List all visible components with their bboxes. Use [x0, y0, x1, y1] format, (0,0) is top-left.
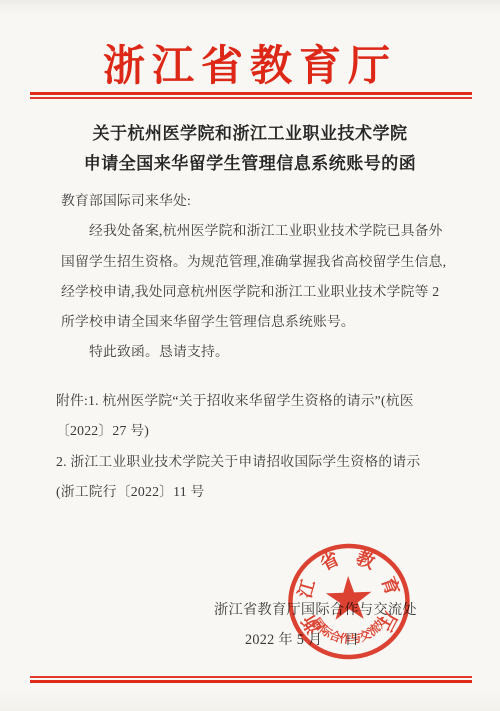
- document-title: 关于杭州医学院和浙江工业职业技术学院 申请全国来华留学生管理信息系统账号的函: [0, 119, 500, 179]
- seal-bottom-text: 国 际 合 作 与 交 流 处: [309, 612, 391, 648]
- seal-char: 江: [295, 576, 319, 600]
- official-seal: 浙 江 省 教 育 厅 国 际 合 作 与 交 流 处: [284, 541, 414, 664]
- body-line: 教育部国际司来华处:: [61, 186, 452, 216]
- body-line: 国留学生招生资格。为规范管理,准确掌握我省高校留学生信息,: [61, 247, 452, 277]
- attachment-line: 2. 浙江工业职业技术学院关于申请招收国际学生资格的请示: [56, 447, 460, 477]
- body-line: 特此致函。恳请支持。: [61, 337, 452, 367]
- body-line: 经我处备案,杭州医学院和浙江工业职业技术学院已具备外: [61, 216, 452, 246]
- document-title-line-2: 申请全国来华留学生管理信息系统账号的函: [0, 149, 500, 179]
- star-icon: [325, 575, 372, 620]
- footer-divider-line: [30, 676, 472, 683]
- official-letter-page: 浙江省教育厅 关于杭州医学院和浙江工业职业技术学院 申请全国来华留学生管理信息系…: [0, 0, 500, 711]
- body-line: 所学校申请全国来华留学生管理信息系统账号。: [61, 307, 452, 337]
- letter-body: 教育部国际司来华处: 经我处备案,杭州医学院和浙江工业职业技术学院已具备外国留学…: [61, 186, 452, 368]
- divider-thick-line: [30, 680, 472, 683]
- attachment-list: 附件:1. 杭州医学院“关于招收来华留学生资格的请示”(杭医〔2022〕27 号…: [56, 386, 460, 508]
- attachment-line: 附件:1. 杭州医学院“关于招收来华留学生资格的请示”(杭医: [56, 386, 460, 416]
- attachment-line: (浙工院行〔2022〕11 号: [56, 477, 460, 507]
- body-line: 经学校申请,我处同意杭州医学院和浙江工业职业技术学院等 2: [61, 277, 452, 307]
- divider-thin-line: [30, 97, 472, 99]
- attachment-line: 〔2022〕27 号): [56, 416, 460, 446]
- letterhead-agency-name: 浙江省教育厅: [0, 33, 500, 93]
- document-title-line-1: 关于杭州医学院和浙江工业职业技术学院: [0, 119, 500, 149]
- letterhead-divider-line: [30, 92, 472, 99]
